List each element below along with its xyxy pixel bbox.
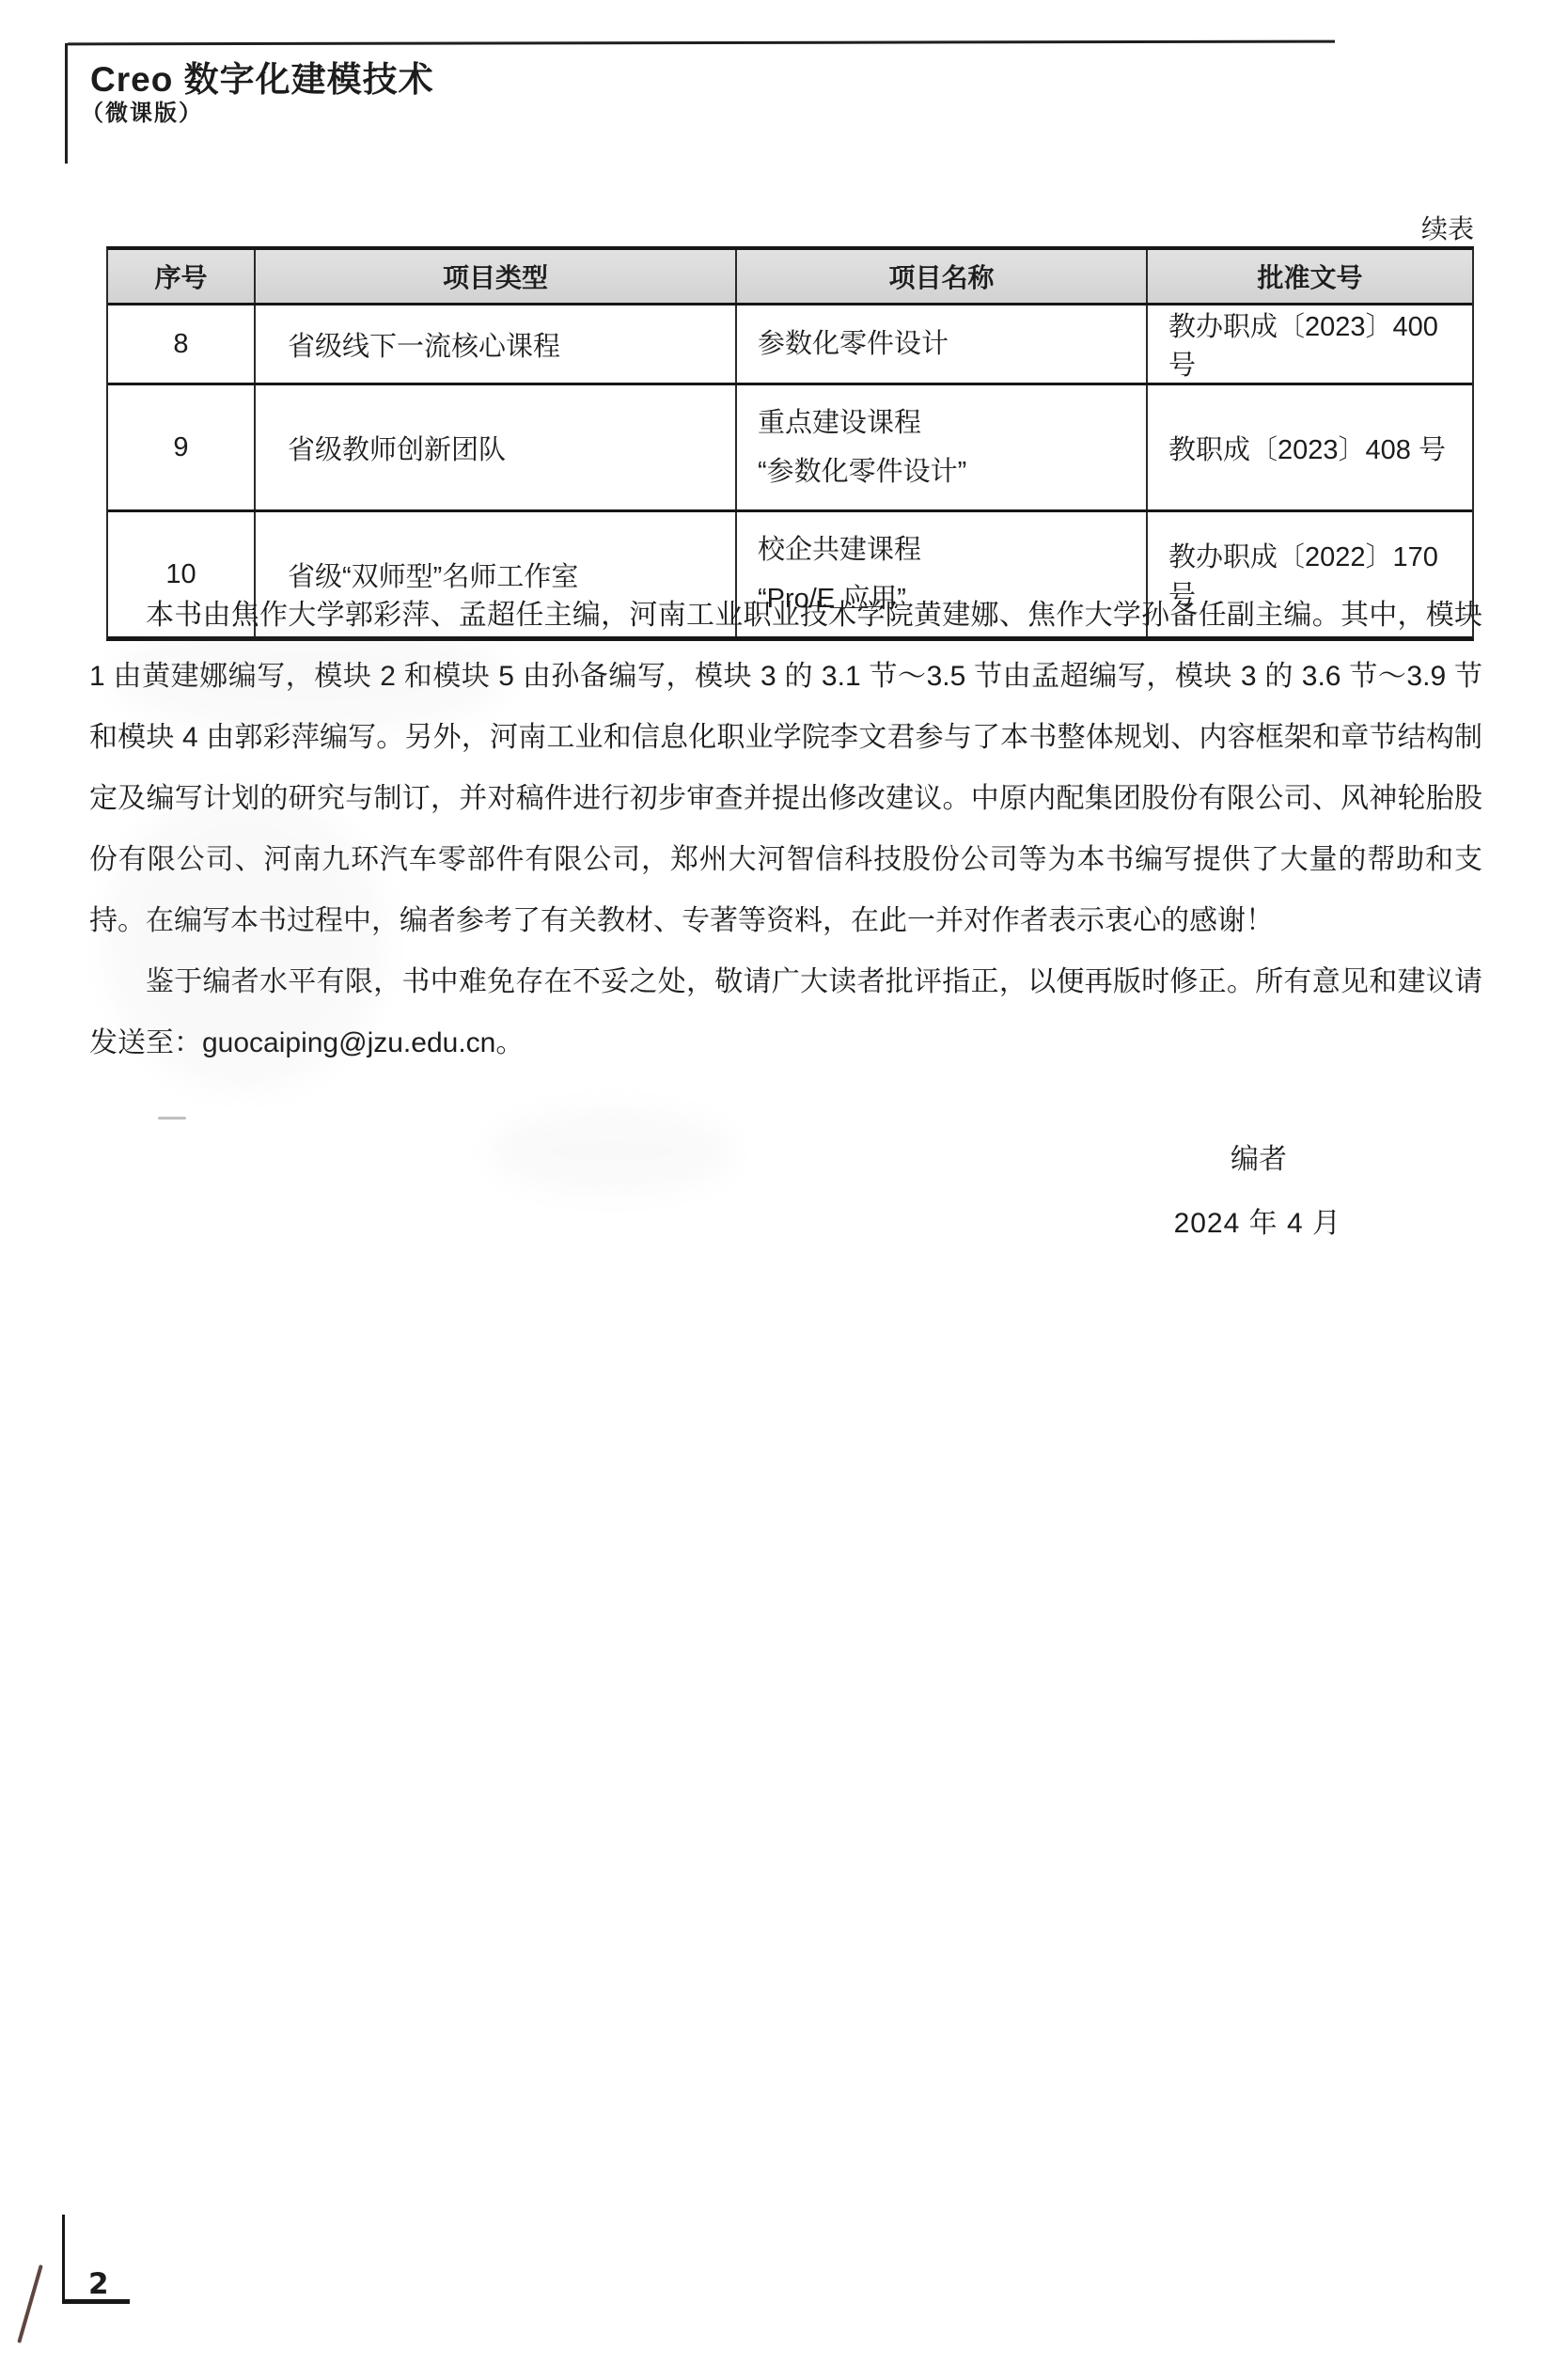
cell-approval: 教职成〔2023〕408 号: [1148, 385, 1472, 509]
footer-corner-vertical-rule: [62, 2215, 65, 2303]
scan-smudge: [489, 1109, 733, 1194]
column-header-no: 序号: [108, 250, 256, 303]
scan-dash-artifact: [158, 1117, 186, 1120]
page-number: 2: [88, 2267, 109, 2301]
book-edition: （微课版）: [81, 94, 203, 127]
column-header-type: 项目类型: [256, 250, 737, 303]
cell-type: 省级线下一流核心课程: [256, 305, 737, 383]
cell-name: 重点建设课程 “参数化零件设计”: [737, 385, 1148, 509]
column-header-name: 项目名称: [737, 250, 1148, 303]
cell-name: 参数化零件设计: [737, 305, 1148, 383]
cell-no: 8: [108, 305, 256, 383]
table-row: 9 省级教师创新团队 重点建设课程 “参数化零件设计” 教职成〔2023〕408…: [108, 385, 1472, 512]
cell-approval: 教办职成〔2023〕400 号: [1148, 305, 1472, 383]
scan-smudge: [113, 620, 508, 733]
scan-smudge: [103, 790, 385, 1090]
column-header-approval: 批准文号: [1148, 250, 1472, 303]
header-left-rule: [65, 43, 68, 164]
cell-type: 省级教师创新团队: [256, 385, 737, 509]
signature-block: 编者 2024 年 4 月: [89, 1128, 1482, 1256]
signature-name: 编者: [89, 1128, 1482, 1192]
cell-no: 9: [108, 385, 256, 509]
table-header-row: 序号 项目类型 项目名称 批准文号: [108, 250, 1472, 305]
table-row: 8 省级线下一流核心课程 参数化零件设计 教办职成〔2023〕400 号: [108, 305, 1472, 385]
table-continued-label: 续表: [106, 209, 1474, 246]
signature-date: 2024 年 4 月: [89, 1192, 1482, 1256]
scan-pen-mark: [17, 2264, 43, 2343]
scanned-book-page: Creo 数字化建模技术 （微课版） 续表 序号 项目类型 项目名称 批准文号 …: [0, 0, 1568, 2365]
projects-table: 序号 项目类型 项目名称 批准文号 8 省级线下一流核心课程 参数化零件设计 教…: [106, 246, 1474, 641]
header-top-rule: [68, 40, 1335, 46]
